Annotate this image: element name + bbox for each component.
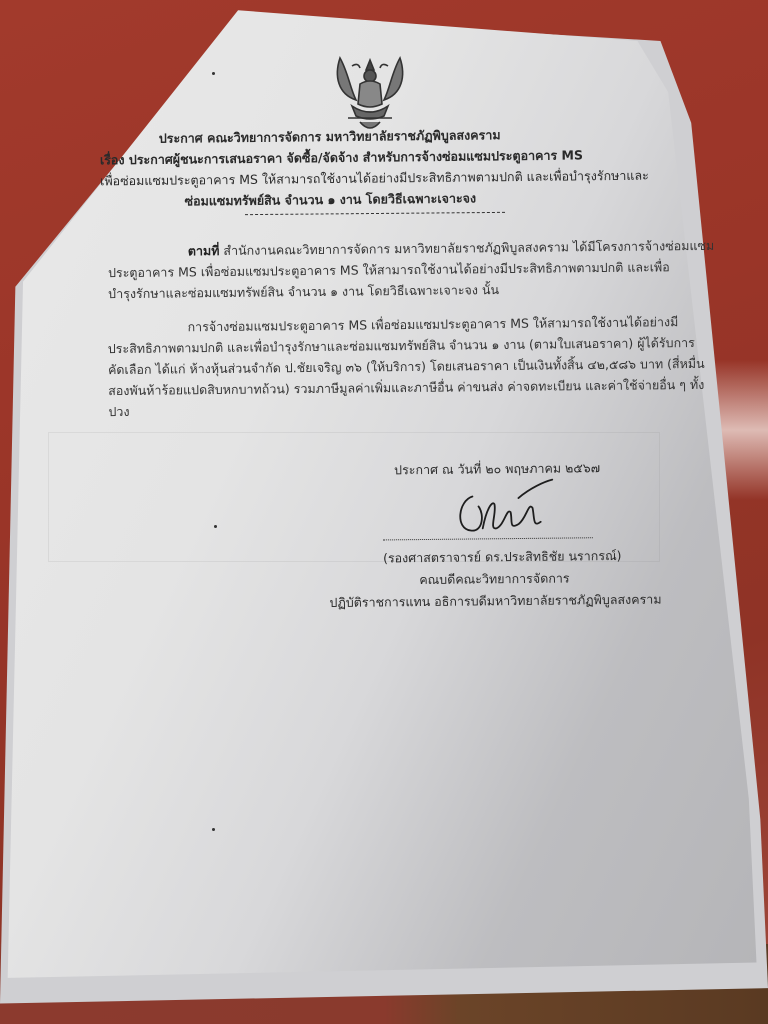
- paragraph-1-lead: ตามที่: [188, 243, 220, 258]
- paper-stack: ประกาศ คณะวิทยาการจัดการ มหาวิทยาลัยราชภ…: [0, 0, 768, 1024]
- paragraph-1: ตามที่ สำนักงานคณะวิทยาการจัดการ มหาวิทย…: [108, 235, 715, 304]
- handwritten-signature-icon: [448, 478, 559, 539]
- paper-speck: [212, 828, 215, 831]
- paper-speck: [214, 525, 217, 528]
- garuda-emblem-icon: [330, 48, 410, 136]
- announcement-header: ประกาศ คณะวิทยาการจัดการ มหาวิทยาลัยราชภ…: [100, 124, 561, 213]
- bleed-through-table: [48, 432, 660, 562]
- signatory-name: (รองศาสตราจารย์ ดร.ประสิทธิชัย นรากรณ์): [383, 545, 622, 569]
- signatory-position: คณบดีคณะวิทยาการจัดการ: [419, 567, 570, 591]
- paragraph-1-line-1: สำนักงานคณะวิทยาการจัดการ มหาวิทยาลัยราช…: [219, 238, 714, 258]
- paragraph-2: การจ้างซ่อมแซมประตูอาคาร MS เพื่อซ่อมแซม…: [107, 311, 705, 422]
- signatory-acting-for: ปฏิบัติราชการแทน อธิการบดีมหาวิทยาลัยราช…: [329, 589, 661, 614]
- paper-speck: [212, 72, 215, 75]
